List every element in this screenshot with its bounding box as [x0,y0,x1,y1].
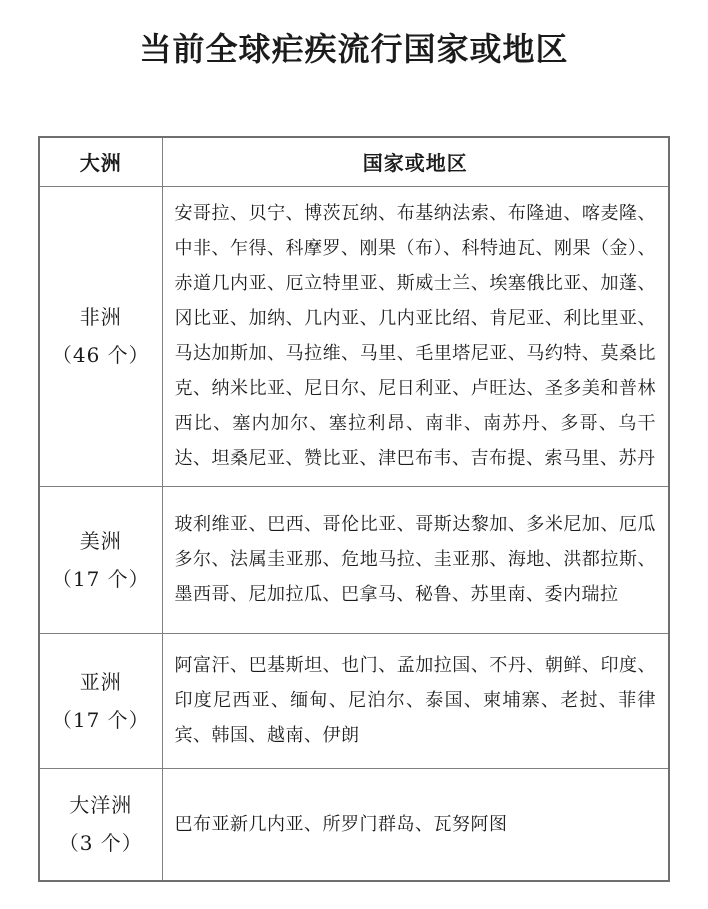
table-row-americas: 美洲 （17 个） 玻利维亚、巴西、哥伦比亚、哥斯达黎加、多米尼加、厄瓜多尔、法… [39,486,669,633]
continent-cell-asia: 亚洲 （17 个） [39,633,162,768]
continent-name: 美洲 [41,522,161,560]
page-title: 当前全球疟疾流行国家或地区 [0,26,708,72]
continent-name: 亚洲 [41,663,161,701]
header-continent: 大洲 [39,137,162,186]
continent-count: （3 个） [41,824,161,862]
table-row-oceania: 大洋洲 （3 个） 巴布亚新几内亚、所罗门群岛、瓦努阿图 [39,768,669,881]
table-row-asia: 亚洲 （17 个） 阿富汗、巴基斯坦、也门、孟加拉国、不丹、朝鲜、印度、印度尼西… [39,633,669,768]
countries-list-americas: 玻利维亚、巴西、哥伦比亚、哥斯达黎加、多米尼加、厄瓜多尔、法属圭亚那、危地马拉、… [162,486,669,633]
countries-list-asia: 阿富汗、巴基斯坦、也门、孟加拉国、不丹、朝鲜、印度、印度尼西亚、缅甸、尼泊尔、泰… [162,633,669,768]
table-row-africa: 非洲 （46 个） 安哥拉、贝宁、博茨瓦纳、布基纳法索、布隆迪、喀麦隆、中非、乍… [39,186,669,486]
header-countries: 国家或地区 [162,137,669,186]
continent-count: （17 个） [41,701,161,739]
table-header-row: 大洲 国家或地区 [39,137,669,186]
continent-cell-oceania: 大洋洲 （3 个） [39,768,162,881]
continent-name: 非洲 [41,298,161,336]
document-page: 当前全球疟疾流行国家或地区 大洲 国家或地区 非洲 （46 个） 安哥拉、贝宁、… [0,0,708,882]
continent-count: （46 个） [41,336,161,374]
countries-list-africa: 安哥拉、贝宁、博茨瓦纳、布基纳法索、布隆迪、喀麦隆、中非、乍得、科摩罗、刚果（布… [162,186,669,486]
continent-cell-americas: 美洲 （17 个） [39,486,162,633]
continent-cell-africa: 非洲 （46 个） [39,186,162,486]
continent-name: 大洋洲 [41,786,161,824]
continent-count: （17 个） [41,560,161,598]
endemic-countries-table: 大洲 国家或地区 非洲 （46 个） 安哥拉、贝宁、博茨瓦纳、布基纳法索、布隆迪… [38,136,670,882]
countries-list-oceania: 巴布亚新几内亚、所罗门群岛、瓦努阿图 [162,768,669,881]
